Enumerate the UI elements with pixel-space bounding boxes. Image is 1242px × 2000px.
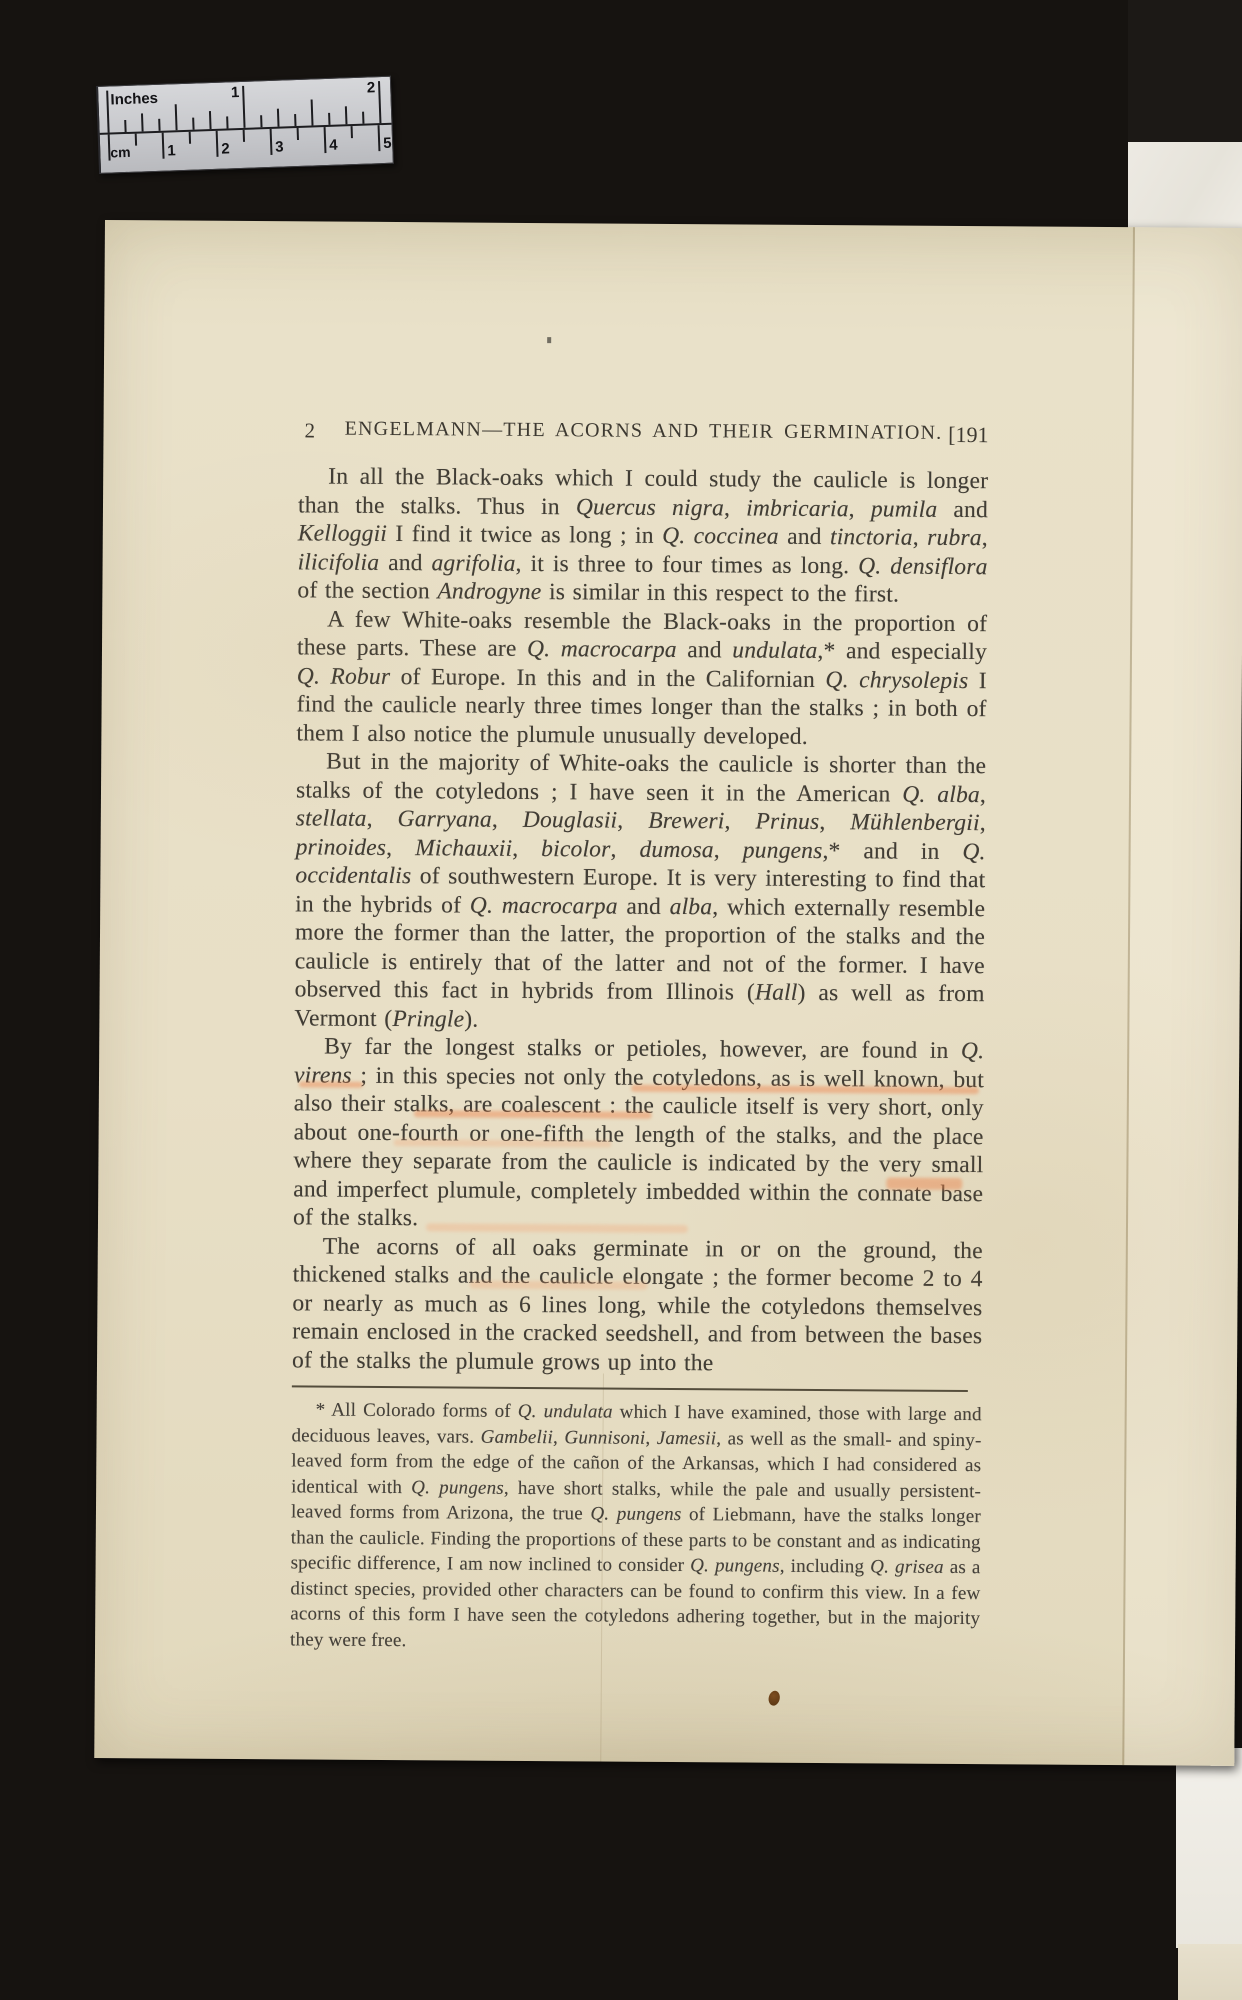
footnote-text: * All Colorado forms of Q. undulata whic… [290,1397,982,1657]
ruler-tick [158,119,160,131]
paragraph: By far the longest stalks or petioles, h… [293,1032,984,1236]
ruler-tick [162,133,165,159]
paragraph: A few White-oaks resemble the Black-oaks… [296,605,987,752]
ruler-tick [192,118,194,130]
annotation-mark [299,1081,363,1087]
ruler-tick [106,91,109,133]
ruler-tick [345,106,348,124]
ruler-tick [351,126,353,138]
ink-spot [767,1690,781,1707]
ruler-tick [378,81,381,123]
ruler-cm-number: 3 [275,138,284,155]
ruler-inch-number: 2 [362,79,376,96]
annotation-mark [394,1139,612,1148]
ruler-tick [175,104,178,130]
ruler-tick [243,130,245,142]
ruler-inches-label: Inches [110,90,158,109]
ruler-cm-label: cm [110,144,131,161]
ruler-cm-number: 5 [383,135,392,152]
ruler-tick [135,134,137,146]
ruler-tick [294,114,296,126]
ruler-tick [277,109,280,127]
ruler-tick [209,111,212,129]
ruler-tick [378,125,381,151]
ruler-tick [189,132,191,144]
page-number: 2 [304,418,315,443]
journal-page-reference: [191 [948,422,989,448]
ruler-tick [124,120,126,132]
scan-background: { "colors": { "background": "#161310", "… [0,0,1242,2000]
ruler-tick [242,86,245,128]
scale-ruler: Inches cm 1212345 [96,76,394,174]
page-header: 2 ENGELMANN—THE ACORNS AND THEIR GERMINA… [298,417,988,452]
paper-speck [547,337,551,343]
document-page: 2 ENGELMANN—THE ACORNS AND THEIR GERMINA… [94,220,1242,1766]
annotation-mark [470,1281,648,1290]
paragraph: The acorns of all oaks germinate in or o… [292,1232,983,1379]
ruler-cm-number: 4 [329,137,338,154]
background-seam [1128,0,1242,144]
ruler-tick [260,115,262,127]
ruler-tick [226,116,228,128]
backing-sheet-bottom [1176,1748,1242,1948]
ruler-tick [324,127,327,153]
page-fold-highlight [1124,227,1242,1766]
ruler-tick [270,129,273,155]
ruler-tick [141,113,144,131]
ruler-tick [108,135,111,161]
running-title: ENGELMANN—THE ACORNS AND THEIR GERMINATI… [345,418,943,444]
ruler-tick [297,128,299,140]
ruler-tick [311,99,314,125]
backing-sheet-top [1128,142,1242,234]
ruler-cm-number: 2 [221,140,230,157]
ruler-inch-number: 1 [226,84,240,101]
annotation-mark [886,1177,962,1190]
backing-page-corner [1178,1944,1242,2000]
ruler-ticks: 1212345 [98,77,390,87]
text-column: 2 ENGELMANN—THE ACORNS AND THEIR GERMINA… [290,417,989,1657]
paragraph: But in the majority of White-oaks the ca… [294,747,986,1037]
footnote-rule [292,1385,968,1392]
ruler-cm-number: 1 [167,142,176,159]
ruler-tick [362,112,364,124]
body-paragraphs: In all the Black-oaks which I could stud… [292,462,988,1379]
paragraph: In all the Black-oaks which I could stud… [297,462,988,609]
ruler-tick [216,131,219,157]
ruler-tick [328,113,330,125]
